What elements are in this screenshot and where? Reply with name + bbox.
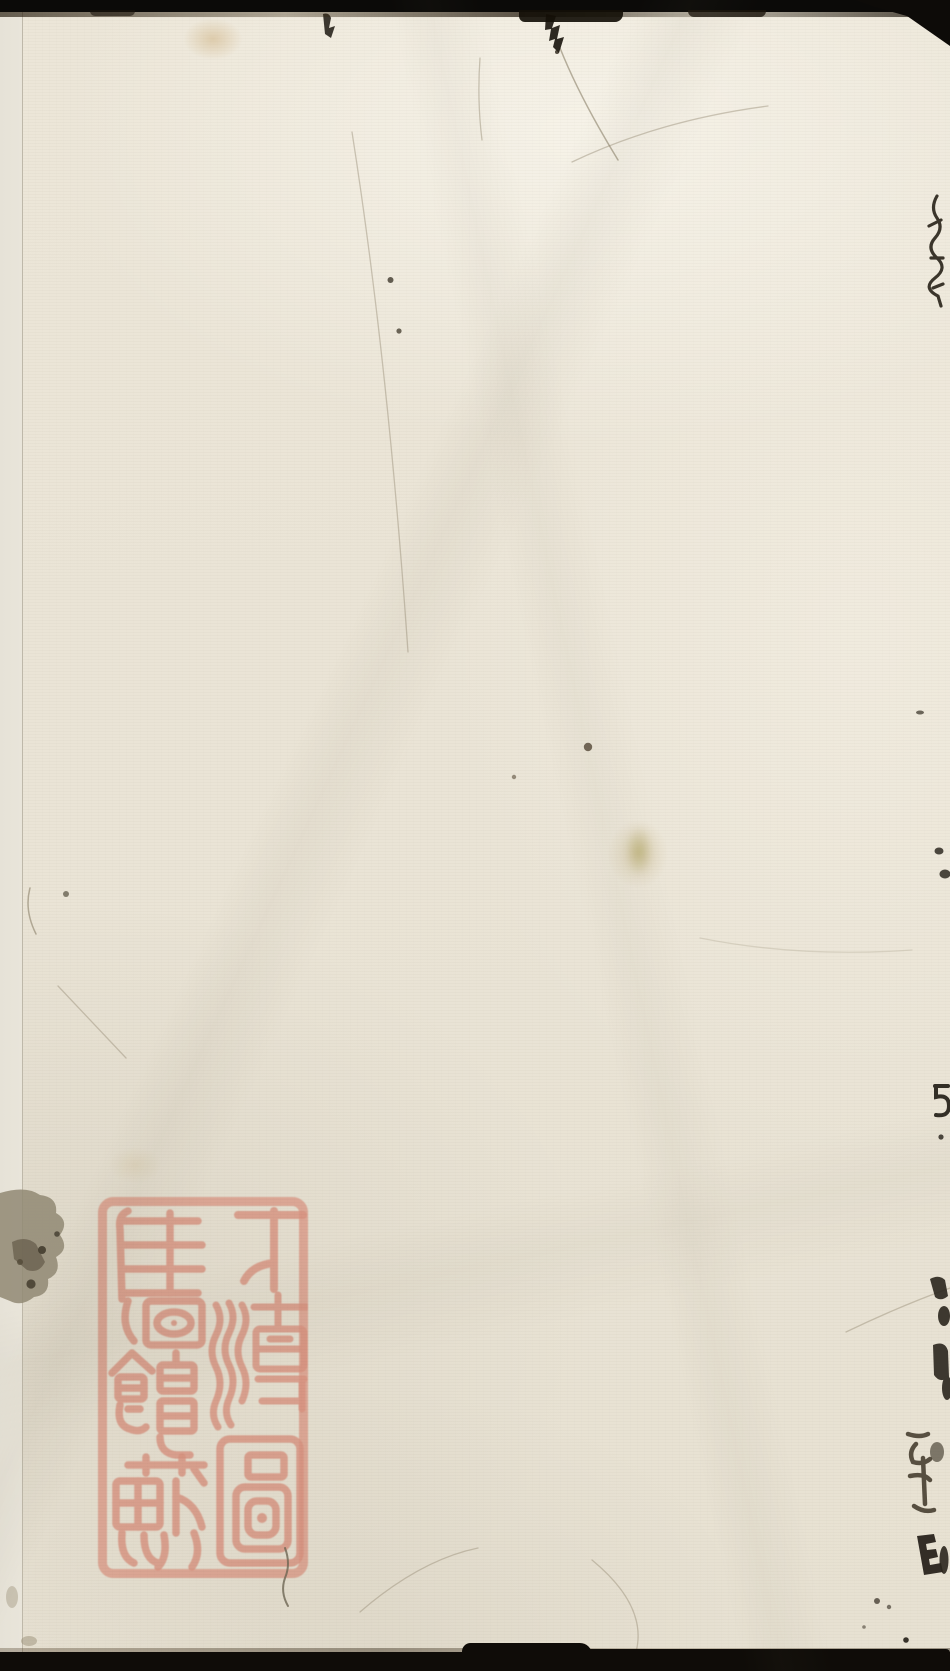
seal-character-zang [116,1457,204,1567]
right-edge-squiggle [929,196,943,306]
ink-speck [584,743,592,751]
top-binding-patch [688,10,766,17]
shanghai-library-collection-seal: 上海圖書館藏 [98,1197,308,1578]
faint-stain-above-seal [100,1140,170,1190]
faint-smudge [21,1636,37,1646]
right-edge-smudge [930,1442,944,1462]
ink-speck [887,1605,891,1609]
right-edge-blob-cluster [930,1277,950,1400]
top-binding-bar [0,0,950,12]
ink-speck [862,1625,866,1629]
scanned-book-page: 上海圖書館藏 [0,0,950,1671]
top-binding-fringe [0,12,950,17]
page-left-edge-strip [0,0,23,1671]
ink-speck [916,711,924,715]
seal-strokes [103,1202,307,1574]
right-edge-five-mark [935,1086,949,1115]
top-binding-patch [90,10,135,16]
right-edge-dark-blob [917,1534,943,1575]
ink-speck [388,277,394,283]
ink-speck [874,1598,880,1604]
seal-character-hai [212,1295,306,1427]
top-edge-ink-blob [323,14,335,39]
ink-blob [940,870,950,879]
ink-speck [396,328,401,333]
right-edge-branch-marks [908,1434,934,1511]
ink-speck [903,1637,909,1643]
ink-speck [63,891,69,897]
top-binding-patch [519,10,623,22]
bottom-binding-bar [0,1652,950,1671]
seal-character-guan [112,1353,194,1455]
ink-speck [938,1134,943,1139]
ink-blob [935,848,944,855]
tan-stain-middle-core [620,818,658,884]
seal-character-shu [120,1211,202,1345]
seal-character-shang [238,1211,303,1289]
tan-stain-middle [596,806,680,902]
ink-speck [555,50,559,54]
seal-character-tu [220,1439,300,1563]
tan-stain-top [172,10,254,68]
right-edge-dark-streak [940,1546,949,1574]
ink-speck [512,775,516,779]
